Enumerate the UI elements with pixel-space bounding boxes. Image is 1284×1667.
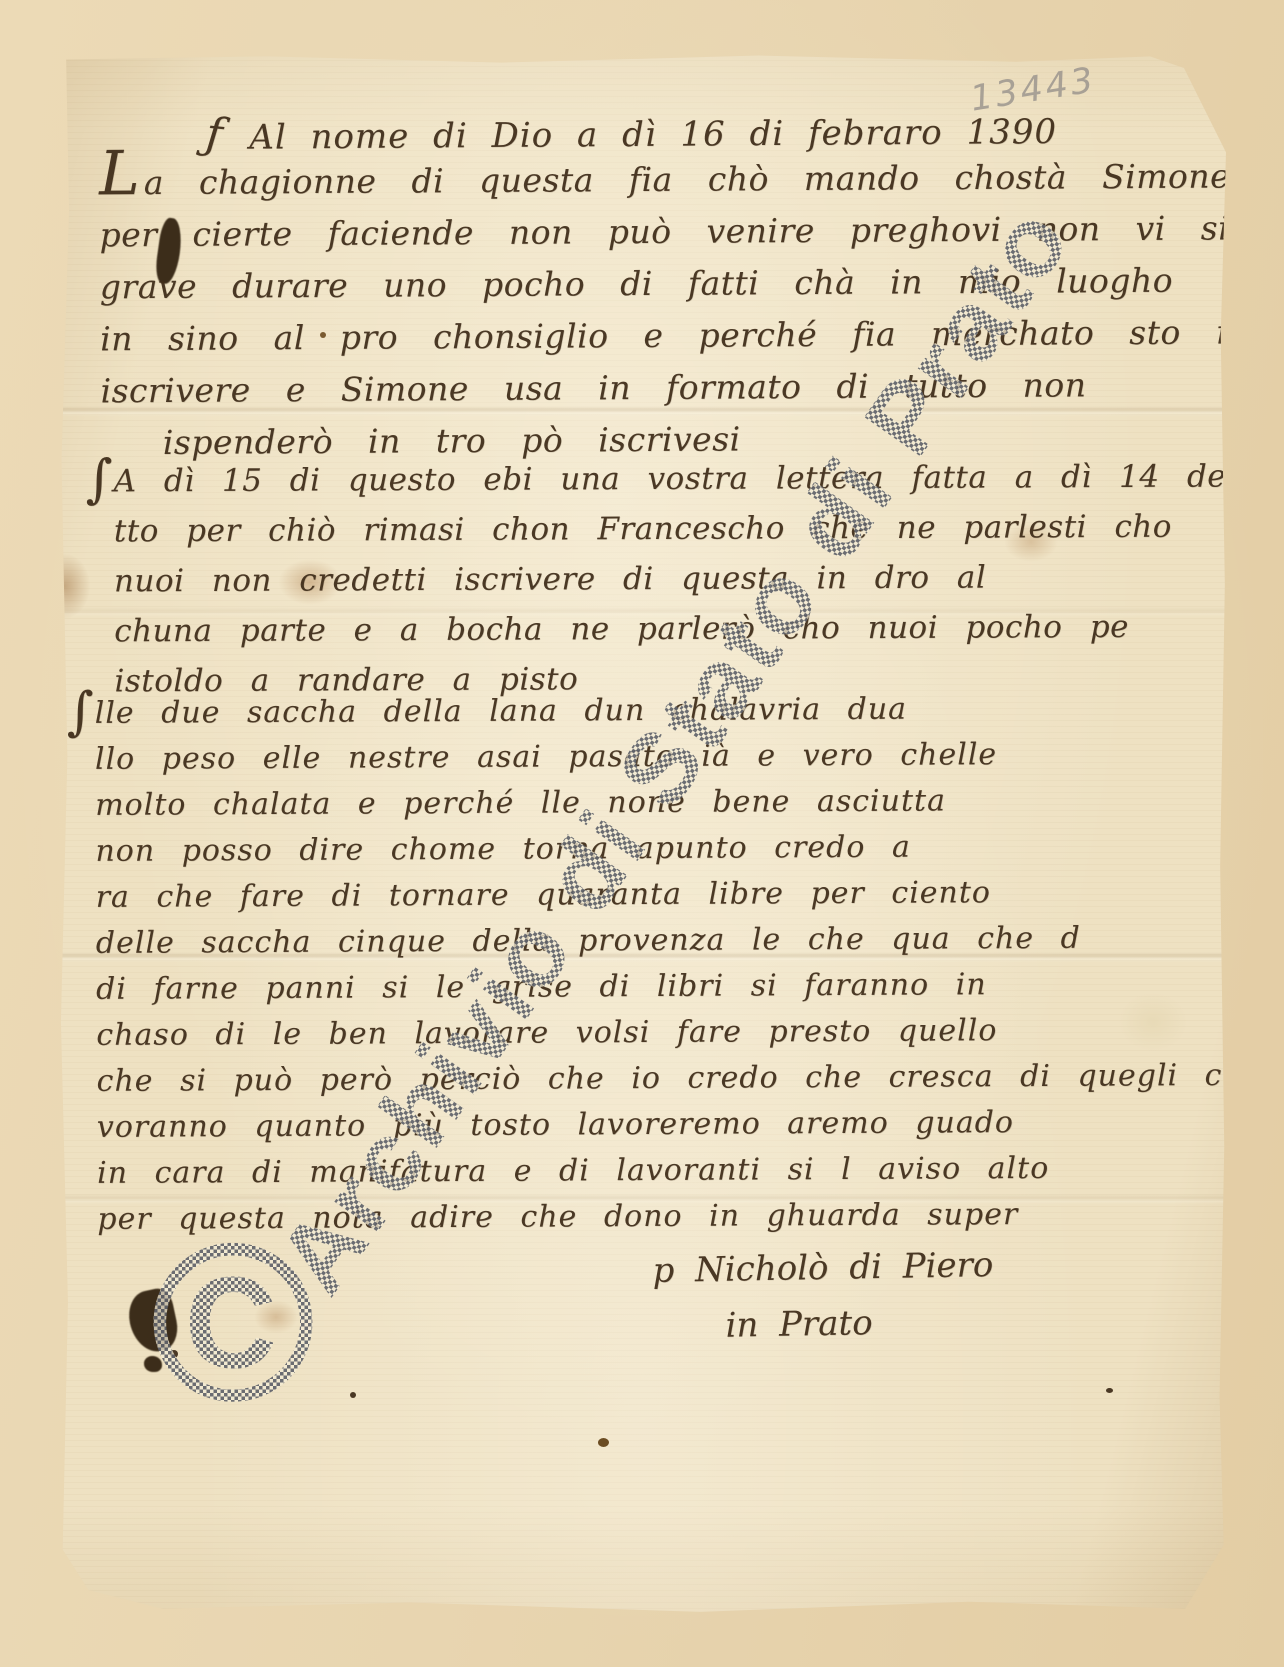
paragraph-mark: ∫ xyxy=(67,689,95,735)
manuscript-line: ra che fare di tornare quaranta libre pe… xyxy=(96,869,1206,921)
manuscript-line: grave durare uno pocho di fatti chà in m… xyxy=(100,255,1200,314)
ink-speck xyxy=(1106,1388,1113,1393)
manuscript-line: voranno quanto più tosto lavoreremo arem… xyxy=(97,1099,1207,1151)
paragraph-2: ∫ A dì 15 di questo ebi una vostra lette… xyxy=(113,452,1204,707)
manuscript-line: molto chalata e perché lle none bene asc… xyxy=(95,777,1205,829)
ink-stain xyxy=(254,1300,298,1334)
manuscript-line: llo peso elle nestre asai pasato ià e ve… xyxy=(95,731,1205,783)
manuscript-line: di farne panni si le grise di libri si f… xyxy=(96,961,1206,1013)
manuscript-line: in cara di manifatura e di lavoranti si … xyxy=(97,1145,1207,1197)
manuscript-line: chuna parte e a bocha ne parlerò cho nuo… xyxy=(114,602,1204,657)
ink-speck xyxy=(598,1438,609,1447)
scan-background: 13443 ƒAl nome di Dio a dì 16 di febraro… xyxy=(0,0,1284,1667)
manuscript-line: per cierte faciende non può venire pregh… xyxy=(99,203,1199,262)
manuscript-line: che si può però perciò che io credo che … xyxy=(96,1053,1206,1105)
paragraph-1: La chagionne di questa fia chò mando cho… xyxy=(99,147,1201,470)
manuscript-line: delle saccha cinque della provenza le ch… xyxy=(96,915,1206,967)
signature-line: in Prato xyxy=(725,1293,995,1354)
manuscript-page: 13443 ƒAl nome di Dio a dì 16 di febraro… xyxy=(58,54,1226,1615)
manuscript-line: La chagionne di questa fia chò mando cho… xyxy=(99,147,1199,210)
signature-block: p Nicholò di Piero in Prato xyxy=(652,1237,995,1355)
signature-line: p Nicholò di Piero xyxy=(652,1237,994,1299)
manuscript-line: non posso dire chome torna apunto credo … xyxy=(95,823,1205,875)
manuscript-line: in sino al pro chonsiglio e perché fia m… xyxy=(100,307,1200,366)
manuscript-line: chaso di le ben lavorare volsi fare pres… xyxy=(96,1007,1206,1059)
manuscript-line: A dì 15 di questo ebi una vostra lettera… xyxy=(113,452,1203,507)
paragraph-mark: ∫ xyxy=(85,454,113,504)
ink-speck xyxy=(350,1392,356,1398)
manuscript-line: iscrivere e Simone usa in formato di tut… xyxy=(100,359,1200,418)
manuscript-line: nuoi non credetti iscrivere di questa in… xyxy=(114,552,1204,607)
manuscript-line: per questa nota adire che dono in ghuard… xyxy=(97,1191,1207,1243)
manuscript-line: lle due saccha della lana dun chalavria … xyxy=(95,685,1205,737)
ink-speck xyxy=(170,1350,178,1358)
manuscript-line: tto per chiò rimasi chon Francescho che … xyxy=(114,502,1204,557)
paragraph-3: ∫ lle due saccha della lana dun chalavri… xyxy=(95,685,1208,1243)
ink-blot xyxy=(144,1356,162,1372)
ink-blot xyxy=(124,1286,182,1356)
